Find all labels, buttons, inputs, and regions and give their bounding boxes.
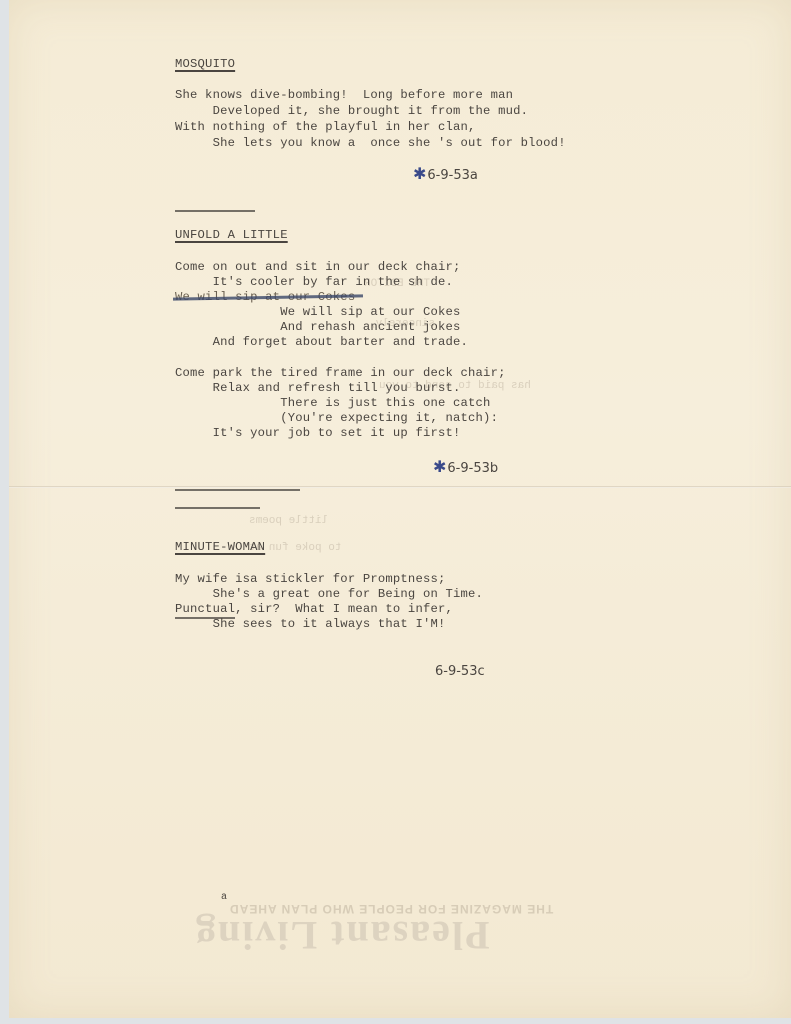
section-divider	[175, 507, 260, 509]
poem-line: And forget about barter and trade.	[175, 335, 468, 350]
handwritten-mark-icon: ✱	[413, 164, 426, 183]
typed-manuscript-page: THE EDITOR sincerely, has paid to send t…	[9, 0, 791, 1018]
page-fold-line	[9, 486, 791, 488]
stray-mark: a	[221, 890, 227, 905]
poem-date: 6-9-53c	[435, 664, 485, 679]
handwritten-mark-icon: ✱	[433, 457, 446, 476]
poem-line: (You're expecting it, natch):	[175, 411, 498, 426]
poem-line: She lets you know a once she 's out for …	[175, 136, 566, 151]
poem-title: UNFOLD A LITTLE	[175, 228, 288, 243]
poem-line: We will sip at our Cokes	[175, 305, 461, 320]
poem-date: ✱6-9-53b	[433, 457, 498, 476]
section-divider	[175, 210, 255, 212]
poem-title: MINUTE-WOMAN	[175, 540, 265, 555]
poem-line: It's your job to set it up first!	[175, 426, 461, 441]
poem-line: My wife isa stickler for Promptness;	[175, 572, 446, 587]
bleed-through-text: little poems	[249, 515, 328, 527]
poem-line: She knows dive-bombing! Long before more…	[175, 88, 513, 103]
poem-line: There is just this one catch	[175, 396, 491, 411]
poem-line: And rehash ancient jokes	[175, 320, 461, 335]
poem-line: She's a great one for Being on Time.	[175, 587, 483, 602]
poem-line: Developed it, she brought it from the mu…	[175, 104, 528, 119]
poem-line: Come park the tired frame in our deck ch…	[175, 366, 506, 381]
poem-line: It's cooler by far in the sh de.	[175, 275, 453, 290]
poem-title: MOSQUITO	[175, 57, 235, 72]
section-divider	[175, 489, 300, 491]
poem-line: With nothing of the playful in her clan,	[175, 120, 476, 135]
poem-line: She sees to it always that I'M!	[175, 617, 446, 632]
poem-date: ✱6-9-53a	[413, 164, 478, 183]
bleed-through-masthead: Pleasant Living	[194, 912, 490, 959]
poem-line: Relax and refresh till you burst.	[175, 381, 461, 396]
poem-line: Punctual, sir? What I mean to infer,	[175, 602, 453, 617]
poem-line: Come on out and sit in our deck chair;	[175, 260, 461, 275]
